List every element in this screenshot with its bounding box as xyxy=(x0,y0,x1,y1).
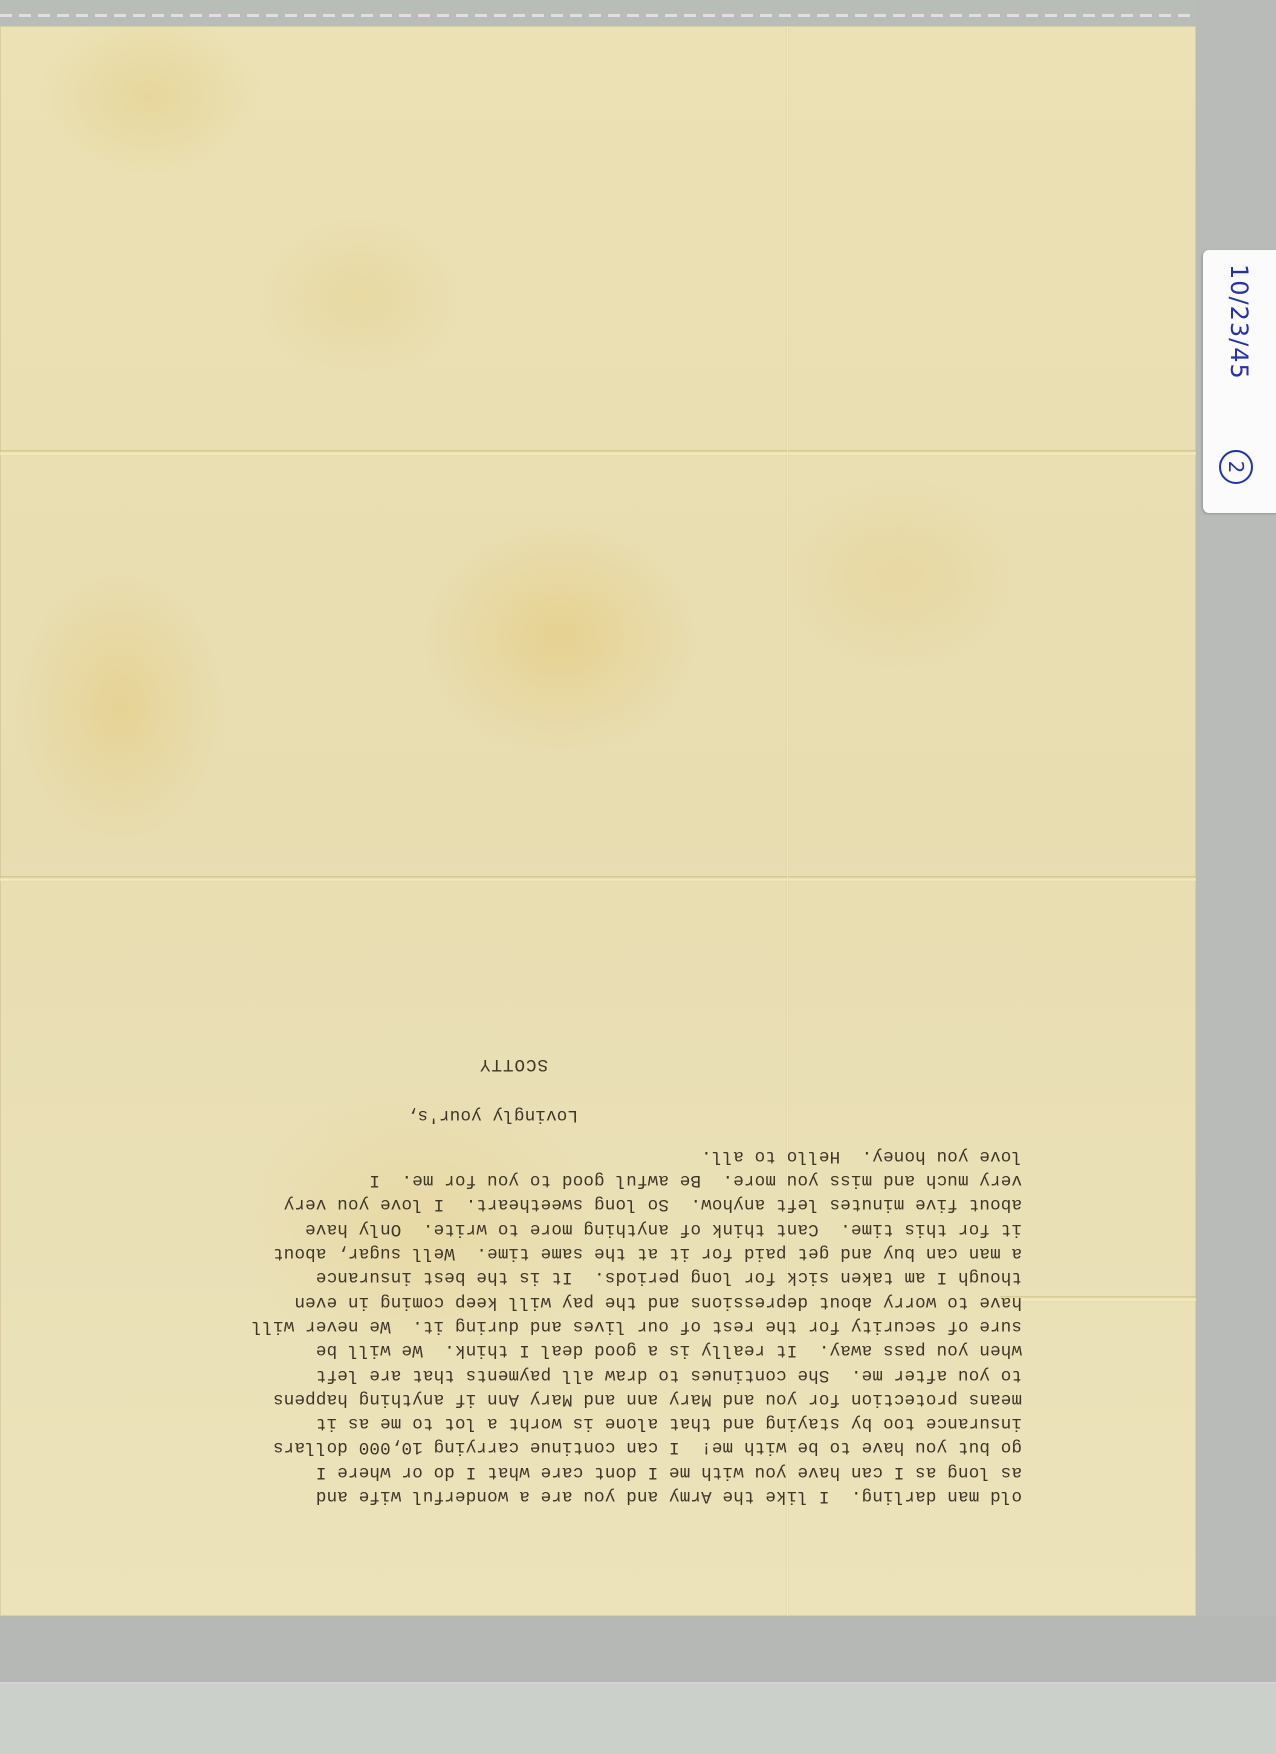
letter-line: it for this time. Cant think of anything… xyxy=(251,1216,1022,1240)
sleeve-top-edge xyxy=(0,0,1276,26)
letter-line: though I am taken sick for long periods.… xyxy=(251,1265,1022,1289)
letter-line: as long as I can have you with me I dont… xyxy=(251,1459,1022,1483)
sleeve-stitching xyxy=(0,14,1276,17)
letter-closing: Lovingly your's, xyxy=(407,1103,578,1127)
fold-crease-horizontal xyxy=(0,876,1196,882)
letter-line: means protection for you and Mary ann an… xyxy=(251,1387,1022,1411)
letter-signature: SCOTTY xyxy=(479,1052,548,1076)
sleeve-lower-area xyxy=(0,1684,1276,1754)
fold-crease-horizontal xyxy=(0,450,1196,456)
letter-line: have to worry about depressions and the … xyxy=(251,1289,1022,1313)
label-page-number: 2 xyxy=(1219,450,1253,484)
letter-line: about five minutes left anyhow. So long … xyxy=(251,1192,1022,1216)
label-date: 10/23/45 xyxy=(1225,264,1253,380)
letter-line: go but you have to be with me! I can con… xyxy=(251,1435,1022,1459)
letter-line: old man darling. I like the Army and you… xyxy=(251,1484,1022,1508)
letter-line: when you pass away. It really is a good … xyxy=(251,1338,1022,1362)
letter-line: love you honey. Hello to all. xyxy=(251,1144,1022,1168)
sleeve-bottom-band xyxy=(0,1616,1276,1684)
letter-line: to you after me. She continues to draw a… xyxy=(251,1362,1022,1386)
letter-body: old man darling. I like the Army and you… xyxy=(251,1144,1022,1508)
typewritten-letter: old man darling. I like the Army and you… xyxy=(200,1040,1030,1520)
letter-line: a man can buy and get paid for it at the… xyxy=(251,1241,1022,1265)
archival-label: 10/23/45 2 xyxy=(1203,250,1276,513)
letter-line: sure of security for the rest of our liv… xyxy=(251,1314,1022,1338)
letter-line: insurance too by staying and that alone … xyxy=(251,1411,1022,1435)
letter-line: very much and miss you more. Be awful go… xyxy=(251,1168,1022,1192)
